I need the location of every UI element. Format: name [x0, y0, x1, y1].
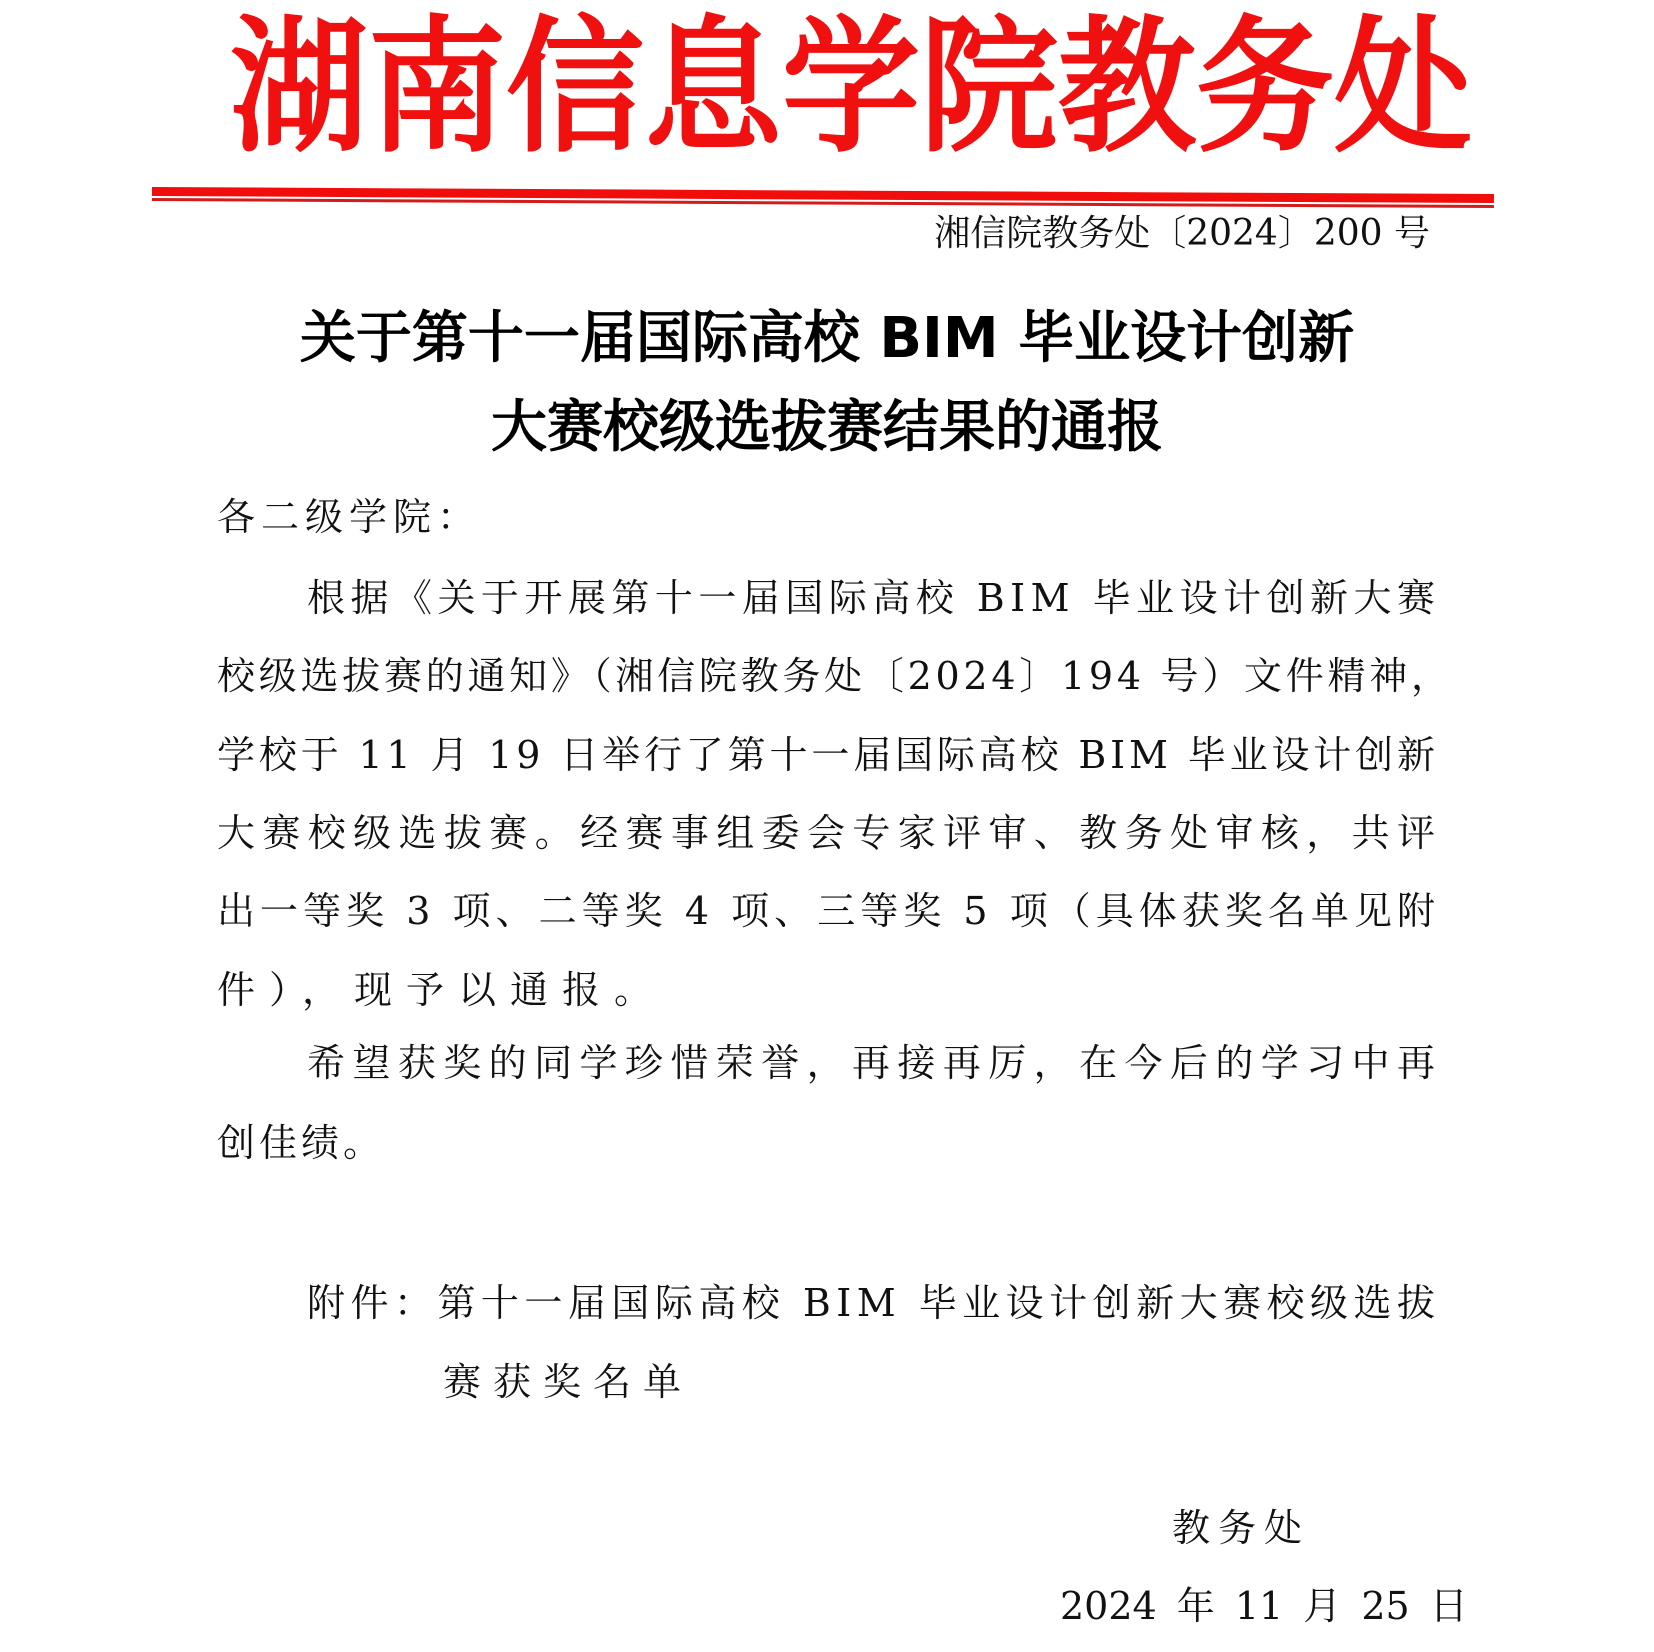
- masthead: 湖 南 信 息 学 院 教 务 处: [230, 3, 1440, 173]
- paragraph-2-line: 创佳绩。: [217, 1118, 385, 1168]
- masthead-char: 南: [368, 3, 506, 173]
- attachment-line: 附件：第十一届国际高校 BIM 毕业设计创新大赛校级选拔: [307, 1278, 1440, 1328]
- document-title-line-1: 关于第十一届国际高校 BIM 毕业设计创新: [0, 304, 1654, 374]
- masthead-char: 教: [1058, 3, 1196, 173]
- masthead-char: 处: [1334, 3, 1472, 173]
- masthead-char: 学: [782, 3, 920, 173]
- masthead-char: 息: [644, 3, 782, 173]
- signature-date: 2024 年 11 月 25 日: [1060, 1581, 1468, 1631]
- paragraph-1-line: 校级选拔赛的通知》（湘信院教务处〔2024〕194 号）文件精神，: [217, 651, 1453, 701]
- paragraph-1-line: 大赛校级选拔赛。经赛事组委会专家评审、教务处审核，共评: [217, 808, 1442, 858]
- masthead-char: 湖: [230, 3, 368, 173]
- attachment-line: 赛获奖名单: [443, 1357, 693, 1407]
- signature-issuer: 教务处: [1172, 1503, 1310, 1553]
- masthead-char: 务: [1196, 3, 1334, 173]
- document-number: 湘信院教务处〔2024〕200 号: [934, 212, 1430, 256]
- masthead-char: 院: [920, 3, 1058, 173]
- paragraph-1-line: 根据《关于开展第十一届国际高校 BIM 毕业设计创新大赛: [307, 573, 1440, 623]
- paragraph-1-line: 出一等奖 3 项、二等奖 4 项、三等奖 5 项（具体获奖名单见附: [217, 886, 1440, 936]
- document-title-line-2: 大赛校级选拔赛结果的通报: [0, 393, 1654, 463]
- document-page: 湖 南 信 息 学 院 教 务 处 湘信院教务处〔2024〕200 号 关于第十…: [0, 0, 1654, 1652]
- paragraph-2-line: 希望获奖的同学珍惜荣誉，再接再厉，在今后的学习中再: [307, 1038, 1442, 1088]
- paragraph-1-line: 学校于 11 月 19 日举行了第十一届国际高校 BIM 毕业设计创新: [217, 730, 1439, 780]
- salutation: 各二级学院：: [217, 492, 481, 542]
- masthead-char: 信: [506, 3, 644, 173]
- paragraph-1-line: 件），现予以通报。: [217, 965, 666, 1015]
- red-divider-line: [152, 187, 1494, 214]
